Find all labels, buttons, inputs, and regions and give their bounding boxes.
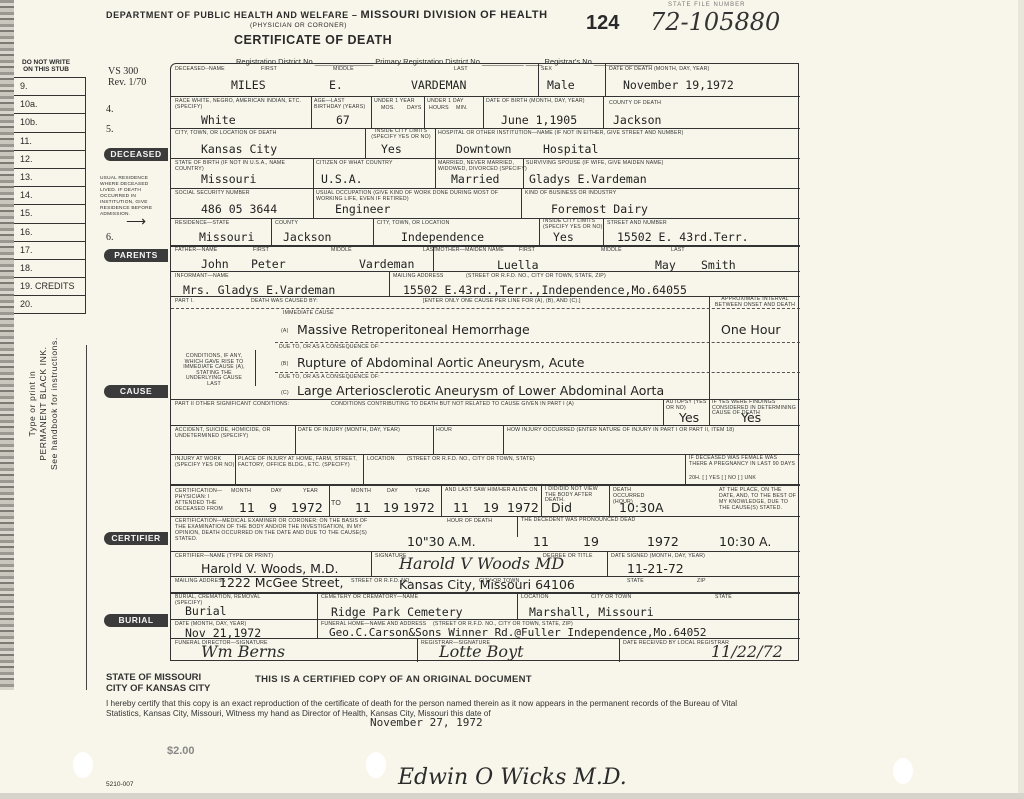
city-of-death-value: Kansas City — [201, 142, 277, 156]
divider — [441, 484, 442, 516]
stub-row: 19. CREDITS — [14, 278, 86, 296]
ink-instructions: Type or print in PERMANENT BLACK INK. Se… — [27, 337, 60, 470]
punch-hole — [366, 752, 386, 778]
divider — [317, 592, 318, 619]
date-signed-label: DATE SIGNED (MONTH, DAY, YEAR) — [611, 553, 705, 559]
race-label: RACE WHITE, NEGRO, AMERICAN INDIAN, ETC.… — [175, 98, 305, 110]
under-1-year-label: UNDER 1 YEAR — [374, 98, 415, 104]
divider — [709, 399, 710, 425]
department-heading: DEPARTMENT OF PUBLIC HEALTH AND WELFARE … — [106, 9, 548, 21]
section-tab-certifier: CERTIFIER — [104, 532, 168, 545]
date-of-death-label: DATE OF DEATH (MONTH, DAY, YEAR) — [609, 66, 709, 72]
divider — [521, 188, 522, 218]
divider — [709, 296, 710, 399]
divider — [171, 638, 800, 639]
street-label: STREET AND NUMBER — [607, 220, 667, 226]
inside-city-limits-label: INSIDE CITY LIMITS (SPECIFY YES OR NO) — [369, 129, 433, 140]
divider — [483, 96, 484, 128]
divider — [365, 128, 366, 158]
residence-city-value: Independence — [401, 230, 484, 244]
divider — [607, 551, 608, 576]
divider — [435, 158, 436, 188]
divider — [171, 128, 800, 129]
certification-date: November 27, 1972 — [370, 716, 483, 729]
marital-label: MARRIED, NEVER MARRIED, WIDOWED, DIVORCE… — [438, 160, 528, 172]
county-of-death-label: COUNTY OF DEATH — [609, 100, 661, 106]
deceased-last-name: VARDEMAN — [411, 78, 466, 92]
ink-line-3: See handbook for instructions. — [49, 337, 60, 470]
one-cause-label: [ENTER ONLY ONE CAUSE PER LINE FOR (a), … — [423, 298, 581, 304]
divider — [171, 308, 800, 309]
last-saw-day: 19 — [483, 500, 499, 515]
state-of-birth-label: STATE OF BIRTH (IF NOT IN U.S.A., NAME C… — [175, 160, 313, 172]
stub-table: 9. 10a. 10b. 11. 12. 13. 14. 15. 16. 17.… — [14, 77, 86, 314]
divider — [235, 454, 236, 484]
cause-c: Large Arteriosclerotic Aneurysm of Lower… — [297, 383, 664, 398]
hospital-name-1: Downtown — [456, 142, 511, 156]
pregnancy-label: IF DECEASED WAS FEMALE WAS THERE A PREGN… — [689, 456, 797, 467]
fee-stamp: $2.00 — [167, 745, 195, 757]
ssn-value: 486 05 3644 — [201, 202, 277, 216]
divider — [363, 454, 364, 484]
under-1-day-label: UNDER 1 DAY — [427, 98, 464, 104]
part-2-hint: CONDITIONS CONTRIBUTING TO DEATH BUT NOT… — [331, 401, 574, 407]
month-label-2: MONTH — [351, 488, 371, 494]
divider — [171, 271, 800, 272]
day-label-2: DAY — [387, 488, 398, 494]
divider — [433, 245, 434, 271]
certifier-mailing-street: 1222 McGee Street, — [219, 575, 343, 590]
divider — [605, 64, 606, 96]
divider — [313, 188, 314, 218]
inside-city-limits-value: Yes — [381, 142, 402, 156]
city-of-death-label: CITY, TOWN, OR LOCATION OF DEATH — [175, 130, 277, 136]
father-first-label: FIRST — [253, 247, 269, 253]
mother-last-label: LAST — [671, 247, 685, 253]
side-number: 6. — [106, 232, 114, 243]
dob-value: June 1,1905 — [501, 113, 577, 127]
certifier-name: Harold V. Woods, M.D. — [201, 561, 339, 576]
divider — [171, 96, 800, 97]
father-middle: Peter — [251, 257, 286, 271]
stub-row: 11. — [14, 133, 86, 151]
divider — [313, 158, 314, 188]
form-code: VS 300 Rev. 1/70 — [108, 66, 146, 88]
hours-label: HOURS — [429, 105, 449, 111]
divider — [171, 158, 800, 159]
cert-physician-label: CERTIFICATION—PHYSICIAN: I ATTENDED THE … — [175, 488, 231, 512]
divider — [371, 551, 372, 576]
stub-row: 14. — [14, 187, 86, 205]
divider — [538, 64, 539, 96]
occupation-value: Engineer — [335, 202, 390, 216]
attended-to-day: 19 — [383, 500, 399, 515]
divider — [517, 516, 518, 537]
divider — [295, 425, 296, 454]
father-label: FATHER—NAME — [175, 247, 217, 253]
findings-value: Yes — [741, 410, 761, 425]
hour-of-death-label: HOUR OF DEATH — [447, 518, 492, 524]
date-of-death-value: November 19,1972 — [623, 78, 734, 92]
form-number: 5210-007 — [106, 781, 133, 788]
side-number: 5. — [106, 124, 114, 135]
stub-divider — [86, 345, 87, 690]
informant-address: 15502 E.43rd.,Terr.,Independence,Mo.6405… — [403, 283, 687, 297]
side-number: 4. — [106, 104, 114, 115]
due-to-label-c: DUE TO, OR AS A CONSEQUENCE OF: — [279, 374, 380, 380]
ink-line-2: PERMANENT BLACK INK. — [38, 337, 49, 470]
year-label-2: YEAR — [415, 488, 430, 494]
interval-a: One Hour — [721, 322, 781, 337]
attended-to-month: 11 — [355, 500, 371, 515]
how-injury-label: HOW INJURY OCCURRED (ENTER NATURE OF INJ… — [507, 427, 734, 433]
father-middle-label: MIDDLE — [331, 247, 352, 253]
page-title: CERTIFICATE OF DEATH — [234, 33, 392, 47]
industry-label: KIND OF BUSINESS OR INDUSTRY — [525, 190, 616, 196]
residence-state-label: RESIDENCE—STATE — [175, 220, 229, 226]
divider — [275, 342, 800, 343]
department-name: DEPARTMENT OF PUBLIC HEALTH AND WELFARE — [106, 10, 349, 20]
residence-county-label: COUNTY — [275, 220, 298, 226]
stub-row: 15. — [14, 205, 86, 223]
sex-label: SEX — [541, 66, 552, 72]
arrow-right-icon: ⟶ — [126, 213, 146, 230]
ink-line-1: Type or print in — [27, 337, 38, 470]
sex-value: Male — [547, 78, 575, 92]
injury-at-work-label: INJURY AT WORK (SPECIFY YES OR NO) — [175, 456, 235, 468]
due-to-label-b: DUE TO, OR AS A CONSEQUENCE OF: — [279, 344, 380, 350]
stub-heading-line-2: ON THIS STUB — [22, 66, 70, 73]
part-1-label: PART I. — [175, 298, 194, 304]
mother-first-label: FIRST — [519, 247, 535, 253]
division-name: MISSOURI DIVISION OF HEALTH — [361, 9, 548, 21]
certified-copy-heading: THIS IS A CERTIFIED COPY OF AN ORIGINAL … — [255, 674, 532, 685]
stub-heading: DO NOT WRITE ON THIS STUB — [22, 59, 70, 73]
residence-inside-limits-value: Yes — [553, 230, 574, 244]
attended-from-day: 9 — [269, 500, 277, 515]
divider — [603, 96, 604, 128]
date-received-value: 11/22/72 — [711, 642, 783, 661]
cause-c-marker: (c) — [281, 390, 289, 396]
attended-from-year: 1972 — [291, 500, 323, 515]
dob-label: DATE OF BIRTH (MONTH, DAY, YEAR) — [486, 98, 586, 104]
marital-value: Married — [451, 172, 499, 186]
pronounced-label: THE DECEDENT WAS PRONOUNCED DEAD — [521, 517, 635, 523]
cause-b: Rupture of Abdominal Aortic Aneurysm, Ac… — [297, 355, 584, 370]
footer-jurisdiction: STATE OF MISSOURI CITY OF KANSAS CITY — [106, 672, 210, 694]
date-signed-value: 11-21-72 — [627, 561, 684, 576]
father-first: John — [201, 257, 229, 271]
ssn-label: SOCIAL SECURITY NUMBER — [175, 190, 250, 196]
middle-label: MIDDLE — [333, 66, 354, 72]
interval-label: APPROXIMATE INTERVAL BETWEEN ONSET AND D… — [712, 297, 798, 308]
part-2-label: PART II OTHER SIGNIFICANT CONDITIONS: — [175, 401, 289, 407]
mailing-hint: (STREET OR R.F.D. NO., CITY OR TOWN, STA… — [466, 273, 606, 279]
death-occurred-hour: 10:30A — [619, 500, 664, 515]
hospital-label: HOSPITAL OR OTHER INSTITUTION—NAME (IF N… — [438, 130, 684, 136]
scan-edge — [0, 0, 14, 690]
attended-from-month: 11 — [239, 500, 255, 515]
stub-row: 20. — [14, 296, 86, 314]
min-label: MIN. — [456, 105, 468, 111]
certifier-signature: Harold V Woods MD — [399, 554, 564, 573]
city-or-town-label: CITY OR TOWN — [591, 594, 631, 600]
to-label: TO — [331, 500, 341, 507]
attended-to-year: 1972 — [403, 500, 435, 515]
stub-row: 16. — [14, 224, 86, 242]
certifier-label: CERTIFIER—NAME (TYPE OR PRINT) — [175, 553, 273, 559]
state-file-number: 72-105880 — [650, 8, 780, 36]
stub-row: 10a. — [14, 96, 86, 114]
spouse-value: Gladys E.Vardeman — [529, 172, 647, 186]
section-tab-burial: BURIAL — [104, 614, 168, 627]
state-label: STATE — [627, 578, 644, 584]
divider — [329, 484, 330, 516]
pronounced-hour: 10:30 A. — [719, 534, 771, 549]
immediate-cause-label: IMMEDIATE CAUSE — [283, 310, 334, 316]
divider — [371, 96, 372, 128]
divider — [373, 218, 374, 245]
burial-state-label: STATE — [715, 594, 732, 600]
divider — [433, 425, 434, 454]
divider — [171, 296, 800, 297]
burial-method: Burial — [185, 604, 227, 618]
stub-row: 17. — [14, 242, 86, 260]
residence-city-label: CITY, TOWN, OR LOCATION — [377, 220, 450, 226]
mother-middle-label: MIDDLE — [601, 247, 622, 253]
spouse-label: SURVIVING SPOUSE (IF WIFE, GIVE MAIDEN N… — [526, 160, 664, 166]
informant-name: Mrs. Gladys E.Vardeman — [183, 283, 335, 297]
did-view-value: Did — [551, 500, 572, 515]
divider — [503, 425, 504, 454]
conditions-label: CONDITIONS, IF ANY, WHICH GAVE RISE TO I… — [183, 354, 245, 387]
last-saw-label: AND LAST SAW HIM/HER ALIVE ON — [445, 487, 538, 493]
divider — [171, 516, 800, 517]
divider — [171, 425, 800, 426]
pronounced-day: 19 — [583, 534, 599, 549]
divider — [523, 158, 524, 188]
section-tab-cause: CAUSE — [104, 385, 168, 398]
certificate-form: DECEASED--NAME FIRST MIDDLE LAST MILES E… — [170, 63, 799, 661]
divider — [517, 592, 518, 619]
age-value: 67 — [336, 113, 350, 127]
bracket — [255, 350, 256, 386]
zip-label: ZIP — [697, 578, 706, 584]
cause-a-marker: (a) — [281, 328, 289, 334]
form-code-line-2: Rev. 1/70 — [108, 77, 146, 88]
director-signature: Edwin O Wicks M.D. — [398, 765, 627, 790]
cemetery-value: Ridge Park Cemetery — [331, 605, 463, 619]
death-occurred-note: AT THE PLACE, ON THE DATE, AND, TO THE B… — [719, 487, 799, 511]
residence-inside-limits-label: INSIDE CITY LIMITS (SPECIFY YES OR NO) — [543, 219, 603, 230]
residence-note: USUAL RESIDENCE WHERE DECEASED LIVED. IF… — [100, 176, 164, 218]
mos-label: MOS. — [381, 105, 395, 111]
subtitle: (PHYSICIAN OR CORONER) — [250, 22, 347, 29]
certificate-number: 124 — [586, 12, 619, 35]
father-last-label: LAST — [423, 247, 437, 253]
citizen-label: CITIZEN OF WHAT COUNTRY — [316, 160, 393, 166]
hospital-name-2: Hospital — [543, 142, 598, 156]
divider — [541, 484, 542, 516]
footer-city: CITY OF KANSAS CITY — [106, 683, 210, 694]
stub-row: 18. — [14, 260, 86, 278]
deceased-first-name: MILES — [231, 78, 266, 92]
burial-location-label: LOCATION — [521, 594, 549, 600]
last-saw-month: 11 — [453, 500, 469, 515]
pregnancy-options: 20h. [ ] yes [ ] no [ ] unk — [689, 475, 756, 481]
death-certificate: DEPARTMENT OF PUBLIC HEALTH AND WELFARE … — [0, 0, 1024, 799]
autopsy-value: Yes — [679, 410, 699, 425]
scan-edge-bottom — [0, 793, 1024, 799]
age-label: AGE—LAST BIRTHDAY (YEARS) — [314, 98, 370, 110]
divider — [389, 271, 390, 296]
divider — [311, 96, 312, 128]
mother-last: Smith — [701, 258, 736, 272]
hour-of-death-value: 10"30 A.M. — [407, 534, 476, 549]
stub-heading-line-1: DO NOT WRITE — [22, 59, 70, 66]
mailing-label: MAILING ADDRESS — [393, 273, 444, 279]
deceased-name-label: DECEASED--NAME — [175, 66, 225, 72]
divider — [417, 638, 418, 662]
industry-value: Foremost Dairy — [551, 202, 648, 216]
divider — [603, 218, 604, 245]
divider — [685, 454, 686, 484]
mailing-address-label: MAILING ADDRESS — [175, 578, 226, 584]
divider — [424, 96, 425, 128]
stub-row: 13. — [14, 169, 86, 187]
cause-b-marker: (b) — [281, 361, 289, 367]
punch-hole — [73, 752, 93, 778]
date-of-injury-label: DATE OF INJURY (MONTH, DAY, YEAR) — [298, 427, 400, 433]
location-label: LOCATION — [367, 456, 395, 462]
stub-row: 9. — [14, 78, 86, 96]
funeral-director-signature: Wm Berns — [201, 642, 285, 661]
divider — [317, 619, 318, 638]
divider — [619, 638, 620, 662]
informant-label: INFORMANT—NAME — [175, 273, 229, 279]
accident-label: ACCIDENT, SUICIDE, HOMICIDE, OR UNDETERM… — [175, 427, 290, 439]
divider — [171, 551, 800, 552]
divider — [271, 218, 272, 245]
divider — [539, 218, 540, 245]
last-label: LAST — [454, 66, 468, 72]
divider — [435, 128, 436, 158]
last-saw-year: 1972 — [507, 500, 539, 515]
divider — [171, 619, 800, 620]
degree-label: DEGREE OR TITLE — [543, 553, 593, 559]
pronounced-month: 11 — [533, 534, 549, 549]
residence-street-value: 15502 E. 43rd.Terr. — [617, 230, 749, 244]
citizen-value: U.S.A. — [321, 172, 363, 186]
cause-a: Massive Retroperitoneal Hemorrhage — [297, 322, 530, 337]
pronounced-year: 1972 — [647, 534, 679, 549]
cemetery-label: CEMETERY OR CREMATORY—NAME — [321, 594, 418, 600]
footer-state: STATE OF MISSOURI — [106, 672, 210, 683]
mother-middle: May — [655, 258, 676, 272]
state-of-birth-value: Missouri — [201, 172, 256, 186]
divider — [275, 372, 800, 373]
month-label-1: MONTH — [231, 488, 251, 494]
year-label-1: YEAR — [303, 488, 318, 494]
registrar-signature: Lotte Boyt — [439, 642, 524, 661]
punch-hole — [893, 758, 913, 784]
cert-me-label: CERTIFICATION—MEDICAL EXAMINER OR CORONE… — [175, 518, 375, 542]
stub-row: 10b. — [14, 114, 86, 132]
days-label: DAYS — [407, 105, 422, 111]
county-of-death-value: Jackson — [613, 113, 661, 127]
caused-by-label: DEATH WAS CAUSED BY: — [251, 298, 318, 304]
form-code-line-1: VS 300 — [108, 66, 146, 77]
place-of-injury-label: PLACE OF INJURY AT HOME, FARM, STREET, F… — [238, 456, 358, 468]
occupation-label: USUAL OCCUPATION (GIVE KIND OF WORK DONE… — [316, 190, 516, 202]
residence-state-value: Missouri — [199, 230, 254, 244]
divider — [171, 188, 800, 189]
hour-label: HOUR — [436, 427, 452, 433]
divider — [171, 484, 800, 486]
father-last: Vardeman — [359, 257, 414, 271]
mother-label: MOTHER—MAIDEN NAME — [436, 247, 504, 253]
burial-location-value: Marshall, Missouri — [529, 605, 654, 619]
scan-edge-right — [1018, 0, 1024, 799]
deceased-middle-initial: E. — [329, 78, 343, 92]
stub-row: 12. — [14, 151, 86, 169]
residence-county-value: Jackson — [283, 230, 331, 244]
day-label-1: DAY — [271, 488, 282, 494]
certifier-mailing-city: Kansas City, Missouri 64106 — [399, 577, 575, 592]
divider — [663, 399, 664, 425]
divider — [171, 218, 800, 219]
race-value: White — [201, 113, 236, 127]
mother-first: Luella — [497, 258, 539, 272]
section-tab-deceased: DECEASED — [104, 148, 168, 161]
location-hint: (STREET OR R.F.D. NO., CITY OR TOWN, STA… — [407, 456, 535, 462]
first-label: FIRST — [261, 66, 277, 72]
section-tab-parents: PARENTS — [104, 249, 168, 262]
divider — [609, 484, 610, 516]
